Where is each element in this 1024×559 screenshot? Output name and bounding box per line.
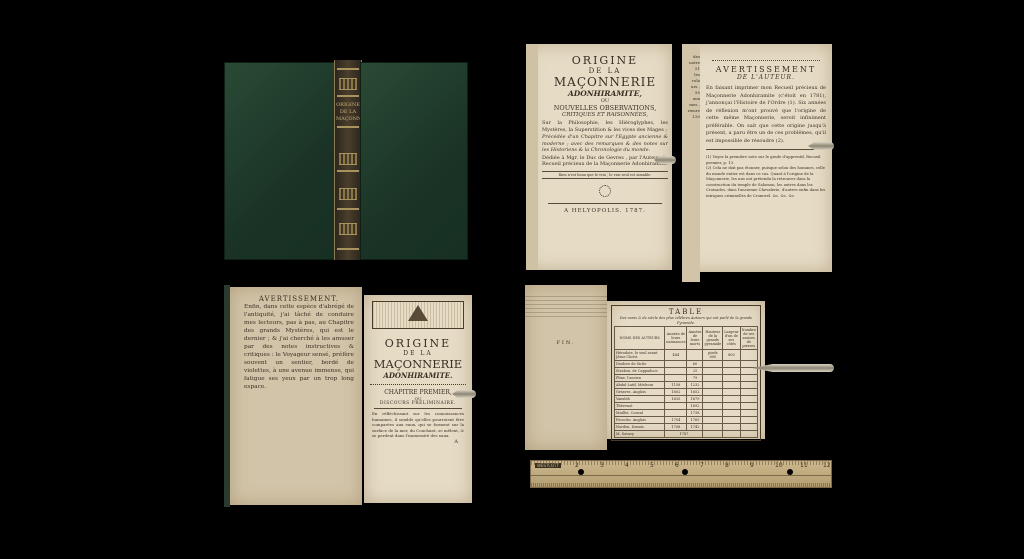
imprint: A HELYOPOLIS. 1787. bbox=[542, 208, 668, 214]
back-cover bbox=[224, 62, 336, 260]
data-table: NOMS DES AUTEURS Années de leurs naissan… bbox=[614, 326, 758, 438]
title-line-maconnerie: MAÇONNERIE bbox=[542, 75, 668, 89]
spine-title: ORIGINE DE LA MAÇONNERIE bbox=[336, 102, 360, 123]
front-cover bbox=[360, 62, 468, 260]
spine-ornament-icon bbox=[339, 78, 357, 90]
avertissement-heading: AVERTISSEMENT bbox=[706, 65, 826, 74]
avertissement-body: En faisant imprimer mon Recueil précieux… bbox=[706, 85, 826, 145]
spine-ornament-icon bbox=[339, 223, 357, 235]
triangle-vignette-icon bbox=[372, 301, 464, 329]
avertissement-photo: des notre 51 les rola urs , 95 aux mes ,… bbox=[682, 44, 832, 272]
right-page: ORIGINE DE LA MAÇONNERIE ADONHIRAMITE. C… bbox=[364, 295, 472, 503]
left-page: AVERTISSEMENT. Enfin, dans cette espèce … bbox=[230, 287, 362, 505]
measuring-ruler: WESTCOTT 2 3 4 5 6 7 8 9 10 11 12 bbox=[530, 460, 832, 488]
table-left-page: FIN. bbox=[525, 285, 607, 450]
spine-ornament-icon bbox=[339, 188, 357, 200]
fleuron-icon bbox=[599, 185, 611, 197]
title-line-origine: ORIGINE bbox=[542, 54, 668, 67]
chapter-opening-photo: AVERTISSEMENT. Enfin, dans cette espèce … bbox=[224, 285, 474, 507]
title-page-photo: ORIGINE DE LA MAÇONNERIE ADONHIRAMITE, O… bbox=[526, 44, 672, 270]
table-title: TABLE bbox=[614, 308, 758, 316]
table-right-page: TABLE Des noms & de siècle des plus célè… bbox=[607, 301, 765, 439]
epigraph: Rien n'est beau que le vrai ; le vrai se… bbox=[542, 171, 668, 180]
spine-ornament-icon bbox=[339, 153, 357, 165]
book-spine: ORIGINE DE LA MAÇONNERIE bbox=[334, 60, 362, 260]
binding-photo: ORIGINE DE LA MAÇONNERIE bbox=[224, 60, 466, 260]
